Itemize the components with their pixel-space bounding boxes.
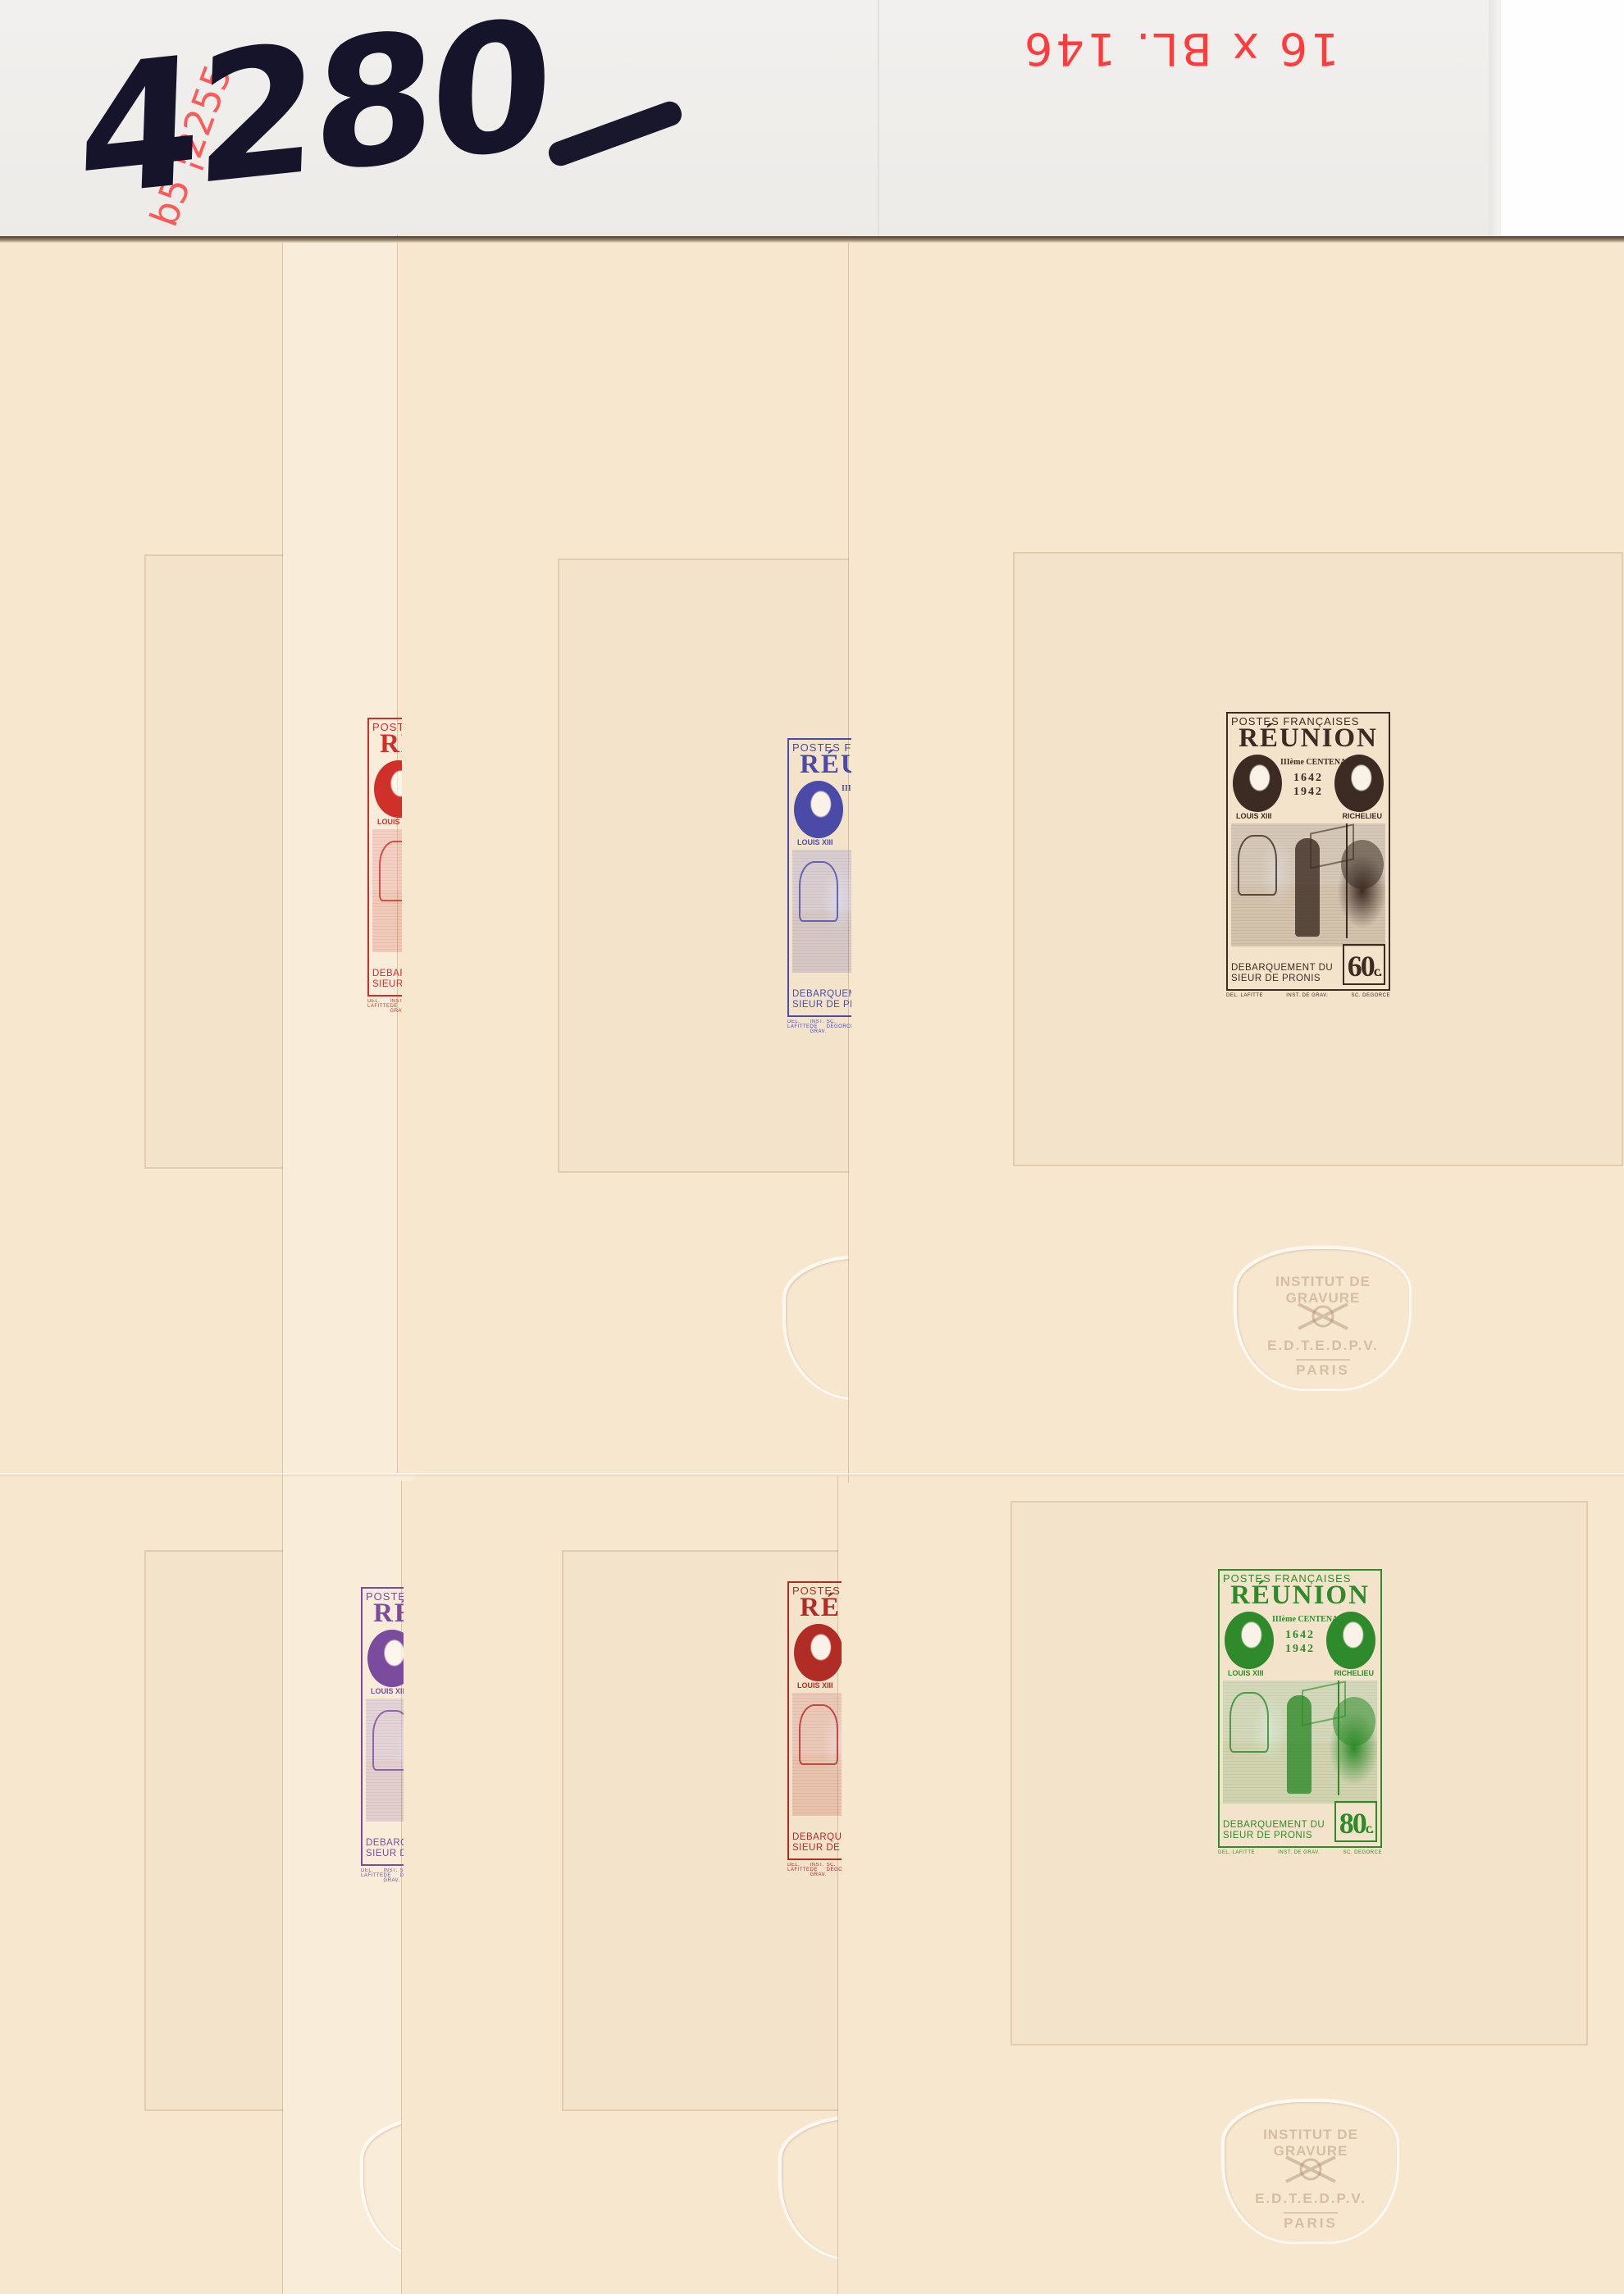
caption-line-1: DEBARQUEMENT DU (1231, 963, 1333, 974)
caption-line-2: SIEUR DE PRONIS (1231, 974, 1333, 984)
imprint-text: DEL. LAFITTE (787, 1019, 810, 1034)
imprint-text: INST. DE GRAV. (810, 1019, 827, 1034)
stamp-imprint: DEL. LAFITTEINST. DE GRAV.SC. DEGORCE (361, 1868, 404, 1883)
stamp-proof-bottom-right: POSTES FRANÇAISES RÉUNION IIIème CENTENA… (1218, 1569, 1382, 1848)
landing-scene (1231, 823, 1385, 946)
stamp-years: 16421942 (1280, 771, 1336, 799)
ship-icon (1229, 1692, 1269, 1753)
caption-line-2: SIEUR DE PRONIS (792, 1843, 842, 1854)
caption-line-2: SIEUR DE PRONIS (1223, 1831, 1325, 1841)
imprint-text: INST. DE GRAV. (810, 1863, 827, 1877)
imprint-text: INST. DE GRAV. (384, 1868, 400, 1883)
seal-text-middle: E.D.T.E.D.P.V. (1225, 2191, 1397, 2207)
ship-icon (1238, 835, 1277, 896)
stamp-imprint: DEL. LAFITTEINST. DE GRAV.SC. DEGORCE (1226, 993, 1390, 998)
seal-text-bottom: PARIS (1284, 2212, 1338, 2232)
stamp-proof-clip-top-left: POSTES FRANÇAISES RÉUNION IIIème CENTENA… (367, 718, 402, 1013)
stamp-caption: DEBARQUEMENT DUSIEUR DE PRONIS (372, 969, 402, 990)
year-end: 1942 (842, 811, 851, 825)
stamp-proof-top-right: POSTES FRANÇAISES RÉUNION IIIème CENTENA… (1226, 712, 1390, 991)
year-start: 1642 (1272, 1628, 1328, 1642)
label-shadow (1489, 0, 1502, 239)
stamp-face-value: 60c. (1343, 944, 1385, 985)
stamp-proof-bottom-middle: POSTES FRANÇAISES RÉUNION IIIème CENTENA… (787, 1581, 842, 1860)
landing-scene (366, 1699, 404, 1822)
stamp-imprint: DEL. LAFITTEINST. DE GRAV.SC. DEGORCE (367, 999, 402, 1014)
portrait-label-left: LOUIS XIII (371, 1687, 404, 1695)
embossed-seal: INSTITUT DE GRAVURE E.D.T.E.D.P.V. PARIS (1234, 1247, 1412, 1391)
ship-icon (372, 1710, 404, 1771)
crossed-burins-icon (1282, 2153, 1339, 2186)
ship-icon (799, 861, 838, 922)
year-end: 1942 (1272, 1642, 1328, 1656)
musketeer-figure (1287, 1695, 1312, 1794)
portrait-label-left: LOUIS XIII (1228, 1669, 1264, 1677)
portrait-louis-xiii (367, 1630, 404, 1687)
caption-line-1: DEBARQUEMENT DU (1223, 1820, 1325, 1831)
stamp-country: RÉUNION (789, 1594, 842, 1621)
caption-line-1: DEBARQUEMENT DU (372, 969, 402, 979)
label-strip-edge (0, 236, 1624, 243)
stamp-caption: DEBARQUEMENT DUSIEUR DE PRONIS (1223, 1820, 1325, 1841)
portrait-louis-xiii (794, 1624, 842, 1681)
stamp-years: 16421942 (1272, 1628, 1328, 1656)
imprint-text: DEL. LAFITTE (1218, 1850, 1255, 1855)
stamp-centenary: IIIème CENTENAIRE (1280, 758, 1336, 767)
stamp-centenary: IIIème CENTENAIRE (1272, 1615, 1328, 1624)
face-value-number: 80 (1339, 1807, 1366, 1840)
musketeer-figure (1295, 838, 1320, 937)
stamp-country: RÉUNION (369, 731, 402, 758)
ship-icon (379, 841, 402, 901)
seal-text-bottom: PARIS (1296, 1359, 1350, 1379)
year-start: 1642 (1280, 771, 1336, 785)
stamp-caption: DEBARQUEMENT DUSIEUR DE PRONIS (366, 1838, 404, 1859)
portrait-label-right: RICHELIEU (1342, 812, 1382, 820)
imprint-text: SC. DEGORCE (827, 1019, 851, 1034)
seal-text-middle: E.D.T.E.D.P.V. (1237, 1338, 1409, 1354)
portrait-louis-xiii (1225, 1612, 1274, 1669)
face-value-number: 60 (1348, 950, 1374, 983)
year-start: 1642 (842, 797, 851, 811)
stamp-proof-top-left: POSTES FRANÇAISES RÉUNION IIIème CENTENA… (367, 718, 402, 996)
face-value-suffix: c. (1366, 1820, 1373, 1836)
stamp-face-value: 80c. (1334, 1801, 1377, 1842)
label-fold (878, 0, 879, 238)
caption-line-2: SIEUR DE PRONIS (792, 1000, 851, 1010)
portrait-label-left: LOUIS XIII (797, 838, 833, 846)
stamp-caption: DEBARQUEMENT DUSIEUR DE PRONIS (792, 1832, 842, 1854)
embossed-seal: INSTITUT DE GRAVURE E.D.T.E.D.P.V. PARIS (1222, 2100, 1399, 2244)
stamp-country: RÉUNION (1220, 1582, 1380, 1609)
imprint-text: INST. DE GRAV. (390, 999, 403, 1014)
stamp-country: RÉUNION (789, 751, 851, 778)
caption-line-1: DEBARQUEMENT DU (366, 1838, 404, 1849)
tree-icon (1341, 840, 1384, 889)
landing-scene (1223, 1681, 1377, 1804)
portrait-louis-xiii (1233, 755, 1282, 812)
landing-scene (792, 850, 851, 973)
crossed-burins-icon (1294, 1300, 1352, 1333)
imprint-text: SC. DEGORCE (400, 1868, 404, 1883)
stamp-proof-clip-bottom-left: POSTES FRANÇAISES RÉUNION IIIème CENTENA… (361, 1587, 404, 1882)
stamp-proof-top-middle: POSTES FRANÇAISES RÉUNION IIIème CENTENA… (787, 738, 851, 1017)
imprint-text: SC. DEGORCE (1351, 993, 1390, 998)
portrait-louis-xiii (374, 760, 402, 818)
caption-line-2: SIEUR DE PRONIS (366, 1849, 404, 1859)
landing-scene (372, 829, 402, 952)
stamp-caption: DEBARQUEMENT DUSIEUR DE PRONIS (1231, 963, 1333, 984)
caption-line-2: SIEUR DE PRONIS (372, 979, 402, 990)
stamp-proof-clip-top-middle: POSTES FRANÇAISES RÉUNION IIIème CENTENA… (787, 738, 851, 1033)
stamp-country: RÉUNION (1228, 725, 1389, 752)
ship-icon (799, 1704, 838, 1765)
imprint-text: DEL. LAFITTE (361, 1868, 384, 1883)
portrait-label-left: LOUIS XIII (797, 1681, 833, 1690)
imprint-text: INST. DE GRAV. (1278, 1850, 1320, 1855)
stamp-proof-bottom-left: POSTES FRANÇAISES RÉUNION IIIème CENTENA… (361, 1587, 404, 1866)
stamp-centenary: IIIème CENTENAIRE (842, 784, 851, 793)
stamp-imprint: DEL. LAFITTEINST. DE GRAV.SC. DEGORCE (787, 1019, 851, 1034)
stamp-imprint: DEL. LAFITTEINST. DE GRAV.SC. DEGORCE (1218, 1850, 1382, 1855)
marker-lot-number: 4280 (76, 0, 551, 222)
stamp-years: 16421942 (842, 797, 851, 825)
imprint-text: DEL. LAFITTE (787, 1863, 810, 1877)
background-corner (1501, 0, 1624, 243)
red-inverted-note: 16 x BL. 146 (1021, 23, 1339, 75)
stamp-caption: DEBARQUEMENT DUSIEUR DE PRONIS (792, 989, 851, 1010)
portrait-label-left: LOUIS XIII (377, 818, 402, 826)
face-value-suffix: c. (1374, 963, 1381, 979)
sheet-overlap-edge (0, 1473, 1624, 1476)
landing-scene (792, 1693, 842, 1816)
stamp-country: RÉUNION (363, 1600, 404, 1627)
imprint-text: DEL. LAFITTE (1226, 993, 1263, 998)
imprint-text: SC. DEGORCE (1343, 1850, 1382, 1855)
portrait-label-right: RICHELIEU (1334, 1669, 1374, 1677)
portrait-louis-xiii (794, 781, 843, 838)
imprint-text: DEL. LAFITTE (367, 999, 390, 1014)
caption-line-1: DEBARQUEMENT DU (792, 1832, 842, 1843)
stamp-proof-clip-bottom-middle: POSTES FRANÇAISES RÉUNION IIIème CENTENA… (787, 1581, 842, 1877)
portrait-label-left: LOUIS XIII (1236, 812, 1272, 820)
imprint-text: SC. DEGORCE (827, 1863, 842, 1877)
caption-line-1: DEBARQUEMENT DU (792, 989, 851, 1000)
year-end: 1942 (1280, 785, 1336, 799)
tree-icon (1333, 1697, 1375, 1746)
imprint-text: INST. DE GRAV. (1286, 993, 1328, 998)
stamp-imprint: DEL. LAFITTEINST. DE GRAV.SC. DEGORCE (787, 1863, 842, 1877)
